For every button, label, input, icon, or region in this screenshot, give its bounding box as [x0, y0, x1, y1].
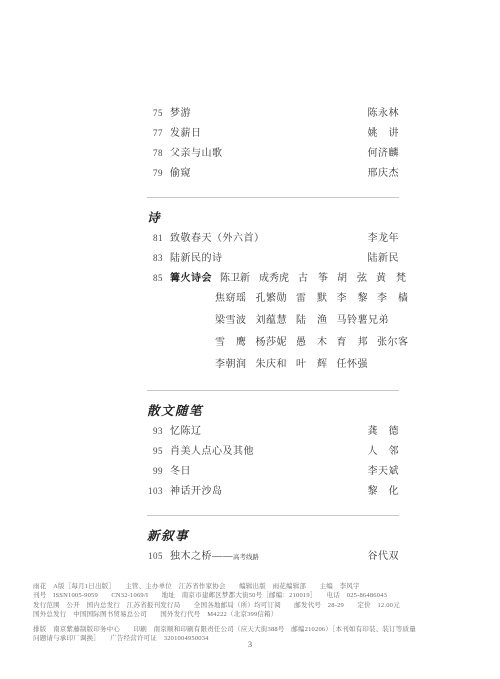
entry-author: 何济麟	[368, 144, 400, 164]
toc-entry: 85篝火诗会陈卫新成秀虎古 筝胡 弦黄 梵	[147, 268, 399, 288]
colophon-line: 国外总发行 中国国际图书贸易总公司 国外发行代号 M4222（北京399信箱）	[33, 610, 469, 619]
poet-name: 朱庆和	[256, 354, 288, 376]
poet-names-line: 雪 鹰杨莎妮愚 木育 邦张尔客	[147, 332, 399, 354]
poet-name: 陆 渔	[296, 310, 328, 332]
poet-name: 李 黎	[337, 288, 369, 310]
entry-number: 103	[147, 481, 163, 501]
poet-names-line: 李朝润朱庆和叶 辉任怀强	[147, 354, 399, 376]
poet-name: 孔繁勋	[256, 288, 288, 310]
entry-author: 邢庆杰	[368, 164, 400, 184]
entry-author: 龚 德	[368, 422, 400, 442]
section-header-2: 散文随笔	[147, 401, 399, 421]
poet-names-line: 梁雪波刘蕴慧陆 渔马铃薯兄弟	[147, 310, 399, 332]
entry-subtitle: 高考线路	[233, 548, 259, 568]
entry-number: 77	[147, 123, 163, 143]
toc-entry: 75梦游陈永林	[147, 103, 399, 123]
entry-title: 陆新民的诗	[170, 249, 223, 269]
toc-entry: 93忆陈辽龚 德	[147, 421, 399, 441]
entry-number: 93	[147, 421, 163, 441]
entry-title: 父亲与山歌	[170, 144, 223, 164]
poet-name: 胡 弦	[337, 269, 367, 289]
section-divider	[147, 197, 399, 198]
poet-name: 陈卫新	[220, 269, 250, 289]
entry-number: 95	[147, 441, 163, 461]
entry-title: 偷窥	[170, 164, 191, 184]
entry-author: 李龙年	[368, 229, 400, 249]
poet-name: 刘蕴慧	[256, 310, 288, 332]
entry-title: 致敬春天（外六首）	[170, 229, 265, 249]
poet-name: 愚 木	[296, 332, 328, 354]
poet-name: 焦窈瑶	[215, 288, 247, 310]
toc-entry: 103神话开沙岛黎 化	[147, 481, 399, 501]
section-divider	[147, 515, 399, 516]
poet-name: 成秀虎	[259, 269, 289, 289]
poet-name: 雷 默	[296, 288, 328, 310]
entry-title: 梦游	[170, 104, 191, 124]
toc-entry: 99冬日李天斌	[147, 461, 399, 481]
toc-entry: 77发薪日姚 讲	[147, 123, 399, 143]
poet-names-line: 陈卫新成秀虎古 筝胡 弦黄 梵	[220, 269, 406, 289]
entry-author: 陈永林	[368, 104, 400, 124]
entry-number: 85	[147, 268, 163, 288]
section-header-1: 诗	[147, 208, 399, 228]
entry-author: 黎 化	[368, 482, 400, 502]
toc-entry: 95肖美人点心及其他人 邻	[147, 441, 399, 461]
poet-name: 李朝润	[215, 354, 247, 376]
entry-author: 姚 讲	[368, 124, 400, 144]
entry-number: 79	[147, 163, 163, 183]
entry-title: 忆陈辽	[170, 422, 202, 442]
poet-name: 黄 梵	[376, 269, 406, 289]
page-number: 3	[0, 639, 500, 649]
poet-name: 育 邦	[337, 332, 369, 354]
entry-dash: ——	[212, 547, 233, 567]
entry-number: 78	[147, 143, 163, 163]
toc-content: 75梦游陈永林77发薪日姚 讲78父亲与山歌何济麟79偷窥邢庆杰诗81致敬春天（…	[147, 103, 399, 566]
toc-entry: 105独木之桥——高考线路谷代双	[147, 546, 399, 566]
toc-entry: 81致敬春天（外六首）李龙年	[147, 228, 399, 248]
toc-page: 75梦游陈永林77发薪日姚 讲78父亲与山歌何济麟79偷窥邢庆杰诗81致敬春天（…	[0, 0, 500, 679]
entry-number: 75	[147, 103, 163, 123]
poet-name: 马铃薯兄弟	[337, 310, 390, 332]
colophon-line: 排版 南京紫藤制版印务中心 印刷 南京顺和印刷有限责任公司（应天大街388号 邮…	[33, 625, 469, 634]
colophon: 雨花 A版［每月1日出版］ 主管、主办单位 江苏省作家协会 编辑出版 雨花编辑部…	[33, 582, 469, 643]
entry-author: 陆新民	[368, 249, 400, 269]
poet-name: 杨莎妮	[256, 332, 288, 354]
colophon-line: 发行范围 公开 国内总发行 江苏省报刊发行局 全国各地邮局（所）均可订阅 邮发代…	[33, 601, 469, 610]
toc-entry: 83陆新民的诗陆新民	[147, 248, 399, 268]
section-divider	[147, 390, 399, 391]
toc-entry: 78父亲与山歌何济麟	[147, 143, 399, 163]
poet-name: 古 筝	[298, 269, 328, 289]
entry-number: 99	[147, 461, 163, 481]
entry-author: 李天斌	[368, 462, 400, 482]
colophon-line: 雨花 A版［每月1日出版］ 主管、主办单位 江苏省作家协会 编辑出版 雨花编辑部…	[33, 582, 469, 591]
entry-author: 谷代双	[368, 547, 400, 567]
entry-author: 人 邻	[368, 442, 400, 462]
section-header-3: 新叙事	[147, 526, 399, 546]
entry-number: 83	[147, 248, 163, 268]
entry-title: 篝火诗会	[170, 269, 212, 289]
entry-title: 肖美人点心及其他	[170, 442, 254, 462]
entry-title: 发薪日	[170, 124, 202, 144]
entry-title: 冬日	[170, 462, 191, 482]
entry-number: 105	[147, 546, 163, 566]
entry-title: 神话开沙岛	[170, 482, 223, 502]
poet-name: 任怀强	[337, 354, 369, 376]
colophon-line: 刊号 ISSN1005-9059 CN32-1069/I 地址 南京市建邺区梦都…	[33, 591, 469, 600]
entry-number: 81	[147, 228, 163, 248]
toc-entry: 79偷窥邢庆杰	[147, 163, 399, 183]
poet-name: 张尔客	[377, 332, 409, 354]
poet-name: 李 樯	[377, 288, 409, 310]
poet-name: 梁雪波	[215, 310, 247, 332]
entry-title: 独木之桥	[170, 547, 212, 567]
poet-name: 雪 鹰	[215, 332, 247, 354]
poet-names-line: 焦窈瑶孔繁勋雷 默李 黎李 樯	[147, 288, 399, 310]
poet-name: 叶 辉	[296, 354, 328, 376]
